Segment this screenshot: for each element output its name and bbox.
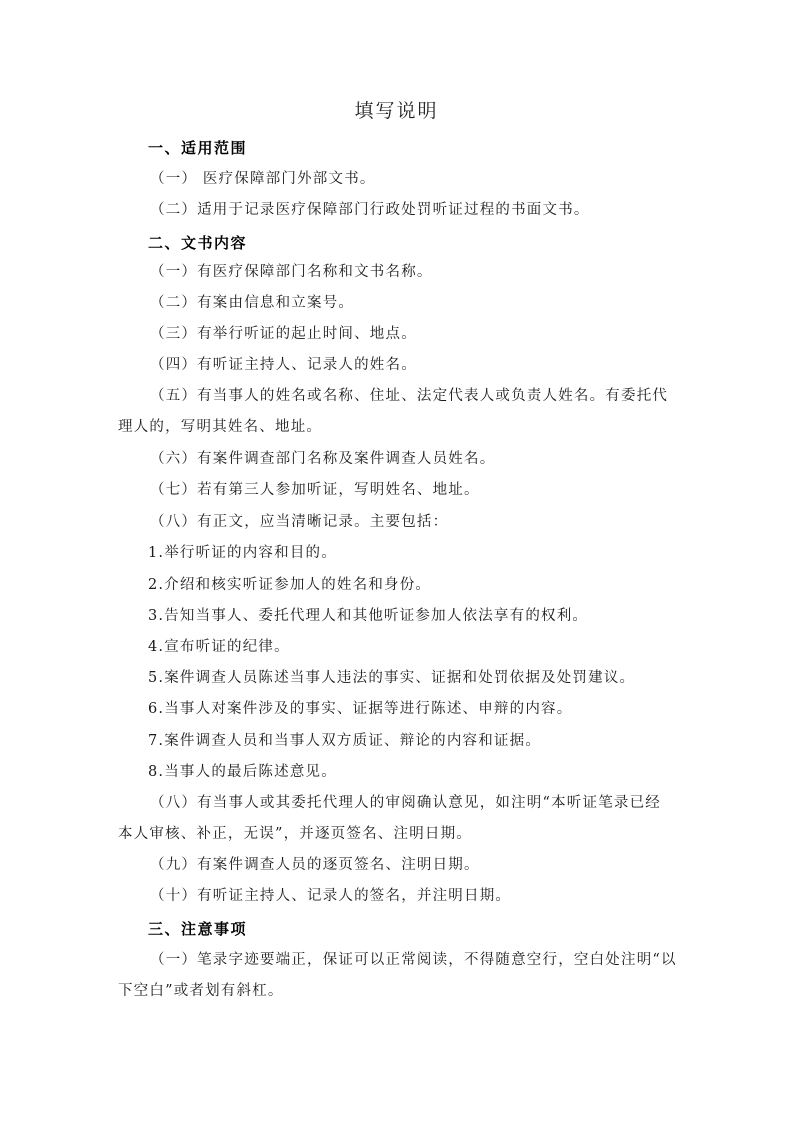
- paragraph: （一） 医疗保障部门外部文书。: [150, 169, 710, 189]
- paragraph: （三）有举行听证的起止时间、地点。: [150, 324, 710, 344]
- numbered-item: 1.举行听证的内容和目的。: [148, 543, 708, 563]
- numbered-item: 5.案件调查人员陈述当事人违法的事实、证据和处罚依据及处罚建议。: [148, 668, 708, 688]
- paragraph: （六）有案件调查部门名称及案件调查人员姓名。: [150, 449, 710, 469]
- numbered-item: 6.当事人对案件涉及的事实、证据等进行陈述、申辩的内容。: [148, 699, 708, 719]
- paragraph: （四）有听证主持人、记录人的姓名。: [150, 355, 710, 375]
- paragraph: （五）有当事人的姓名或名称、住址、法定代表人或负责人姓名。有委托代: [150, 386, 710, 406]
- document-page: 填写说明 一、适用范围 （一） 医疗保障部门外部文书。 （二）适用于记录医疗保障…: [0, 0, 793, 1122]
- numbered-item: 8.当事人的最后陈述意见。: [148, 762, 708, 782]
- numbered-item: 4.宣布听证的纪律。: [148, 637, 708, 657]
- paragraph: （八）有正文，应当清晰记录。主要包括：: [150, 512, 710, 532]
- section-heading-scope: 一、适用范围: [148, 138, 708, 158]
- paragraph: （七）若有第三人参加听证，写明姓名、地址。: [150, 480, 710, 500]
- section-heading-notes: 三、注意事项: [148, 919, 708, 939]
- numbered-item: 7.案件调查人员和当事人双方质证、辩论的内容和证据。: [148, 731, 708, 751]
- paragraph: （二）有案由信息和立案号。: [150, 293, 710, 313]
- paragraph: （九）有案件调查人员的逐页签名、注明日期。: [150, 855, 710, 875]
- paragraph: （一）笔录字迹要端正，保证可以正常阅读，不得随意空行，空白处注明“以: [150, 950, 710, 970]
- numbered-item: 2.介绍和核实听证参加人的姓名和身份。: [148, 575, 708, 595]
- section-heading-content: 二、文书内容: [148, 233, 708, 253]
- paragraph-continuation: 理人的，写明其姓名、地址。: [118, 417, 678, 437]
- paragraph: （二）适用于记录医疗保障部门行政处罚听证过程的书面文书。: [150, 200, 710, 220]
- paragraph: （八）有当事人或其委托代理人的审阅确认意见，如注明“本听证笔录已经: [150, 793, 710, 813]
- paragraph-continuation: 本人审核、补正，无误”，并逐页签名、注明日期。: [118, 824, 678, 844]
- document-title: 填写说明: [0, 96, 793, 123]
- paragraph: （十）有听证主持人、记录人的签名，并注明日期。: [150, 886, 710, 906]
- paragraph-continuation: 下空白”或者划有斜杠。: [118, 981, 678, 1001]
- paragraph: （一）有医疗保障部门名称和文书名称。: [150, 262, 710, 282]
- numbered-item: 3.告知当事人、委托代理人和其他听证参加人依法享有的权利。: [148, 606, 708, 626]
